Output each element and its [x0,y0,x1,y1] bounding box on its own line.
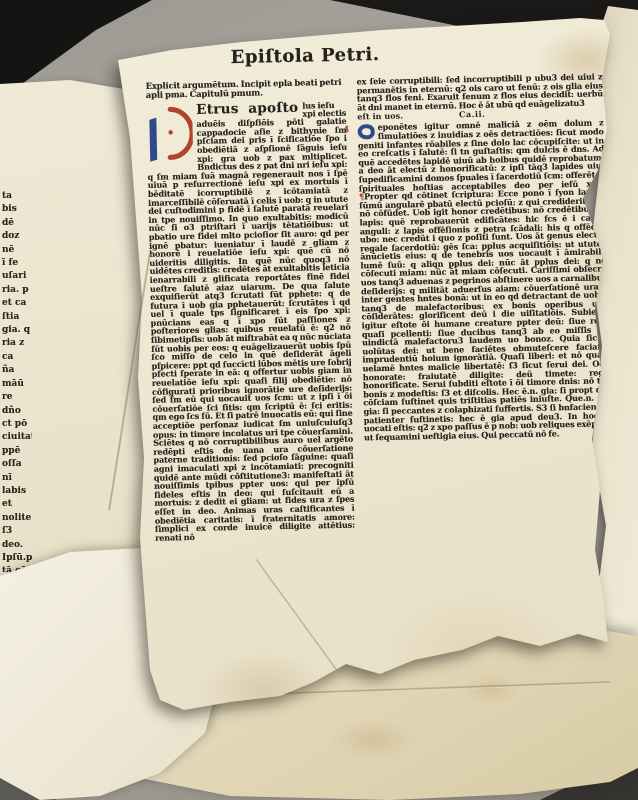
crease-line [255,558,340,673]
left-edge-text-fragments: ta bis dē doz nē ī fe uſari ria. p et ca… [2,190,32,572]
right-column-runon: ex ſeie corruptibili: ſed incorruptibili… [357,72,604,112]
left-column-body: aduēis diſpſiōis pōti galatie cappadocie… [147,116,355,543]
right-column: ex ſeie corruptibili: ſed incorruptibili… [357,72,613,537]
incipit-line: Explicit argumētum. Incipit epla beati p… [146,78,346,101]
right-column-body: eponētes igitur omnē maliciā z oēm dolum… [358,118,610,442]
opening-words: Etrus apoſto [196,100,299,118]
running-title: Epiſtola Petri. [145,42,465,70]
main-leaf: Epiſtola Petri. Explicit argumētum. Inci… [112,18,617,710]
illuminated-initial-d [358,124,375,139]
illuminated-initial-p [146,105,193,164]
main-leaf-paper: Epiſtola Petri. Explicit argumētum. Inci… [112,18,617,710]
chapter-heading: Ca.ii. [459,110,486,120]
page-content: Epiſtola Petri. Explicit argumētum. Inci… [145,39,617,542]
text-columns: Explicit argumētum. Incipit epla beati p… [146,72,618,542]
runon-last-words: eſt in uos. [357,112,403,122]
left-column-text: Etrus apoſtolus ieſuxpi electis aduēis d… [146,101,355,543]
photo-scene: ta bis dē doz nē ī fe uſari ria. p et ca… [0,0,638,800]
left-column: Explicit argumētum. Incipit epla beati p… [146,78,356,542]
guide-numeral: 4 [344,125,350,134]
right-column-text: 4 eponētes igitur omnē maliciā z oēm dol… [358,119,611,442]
